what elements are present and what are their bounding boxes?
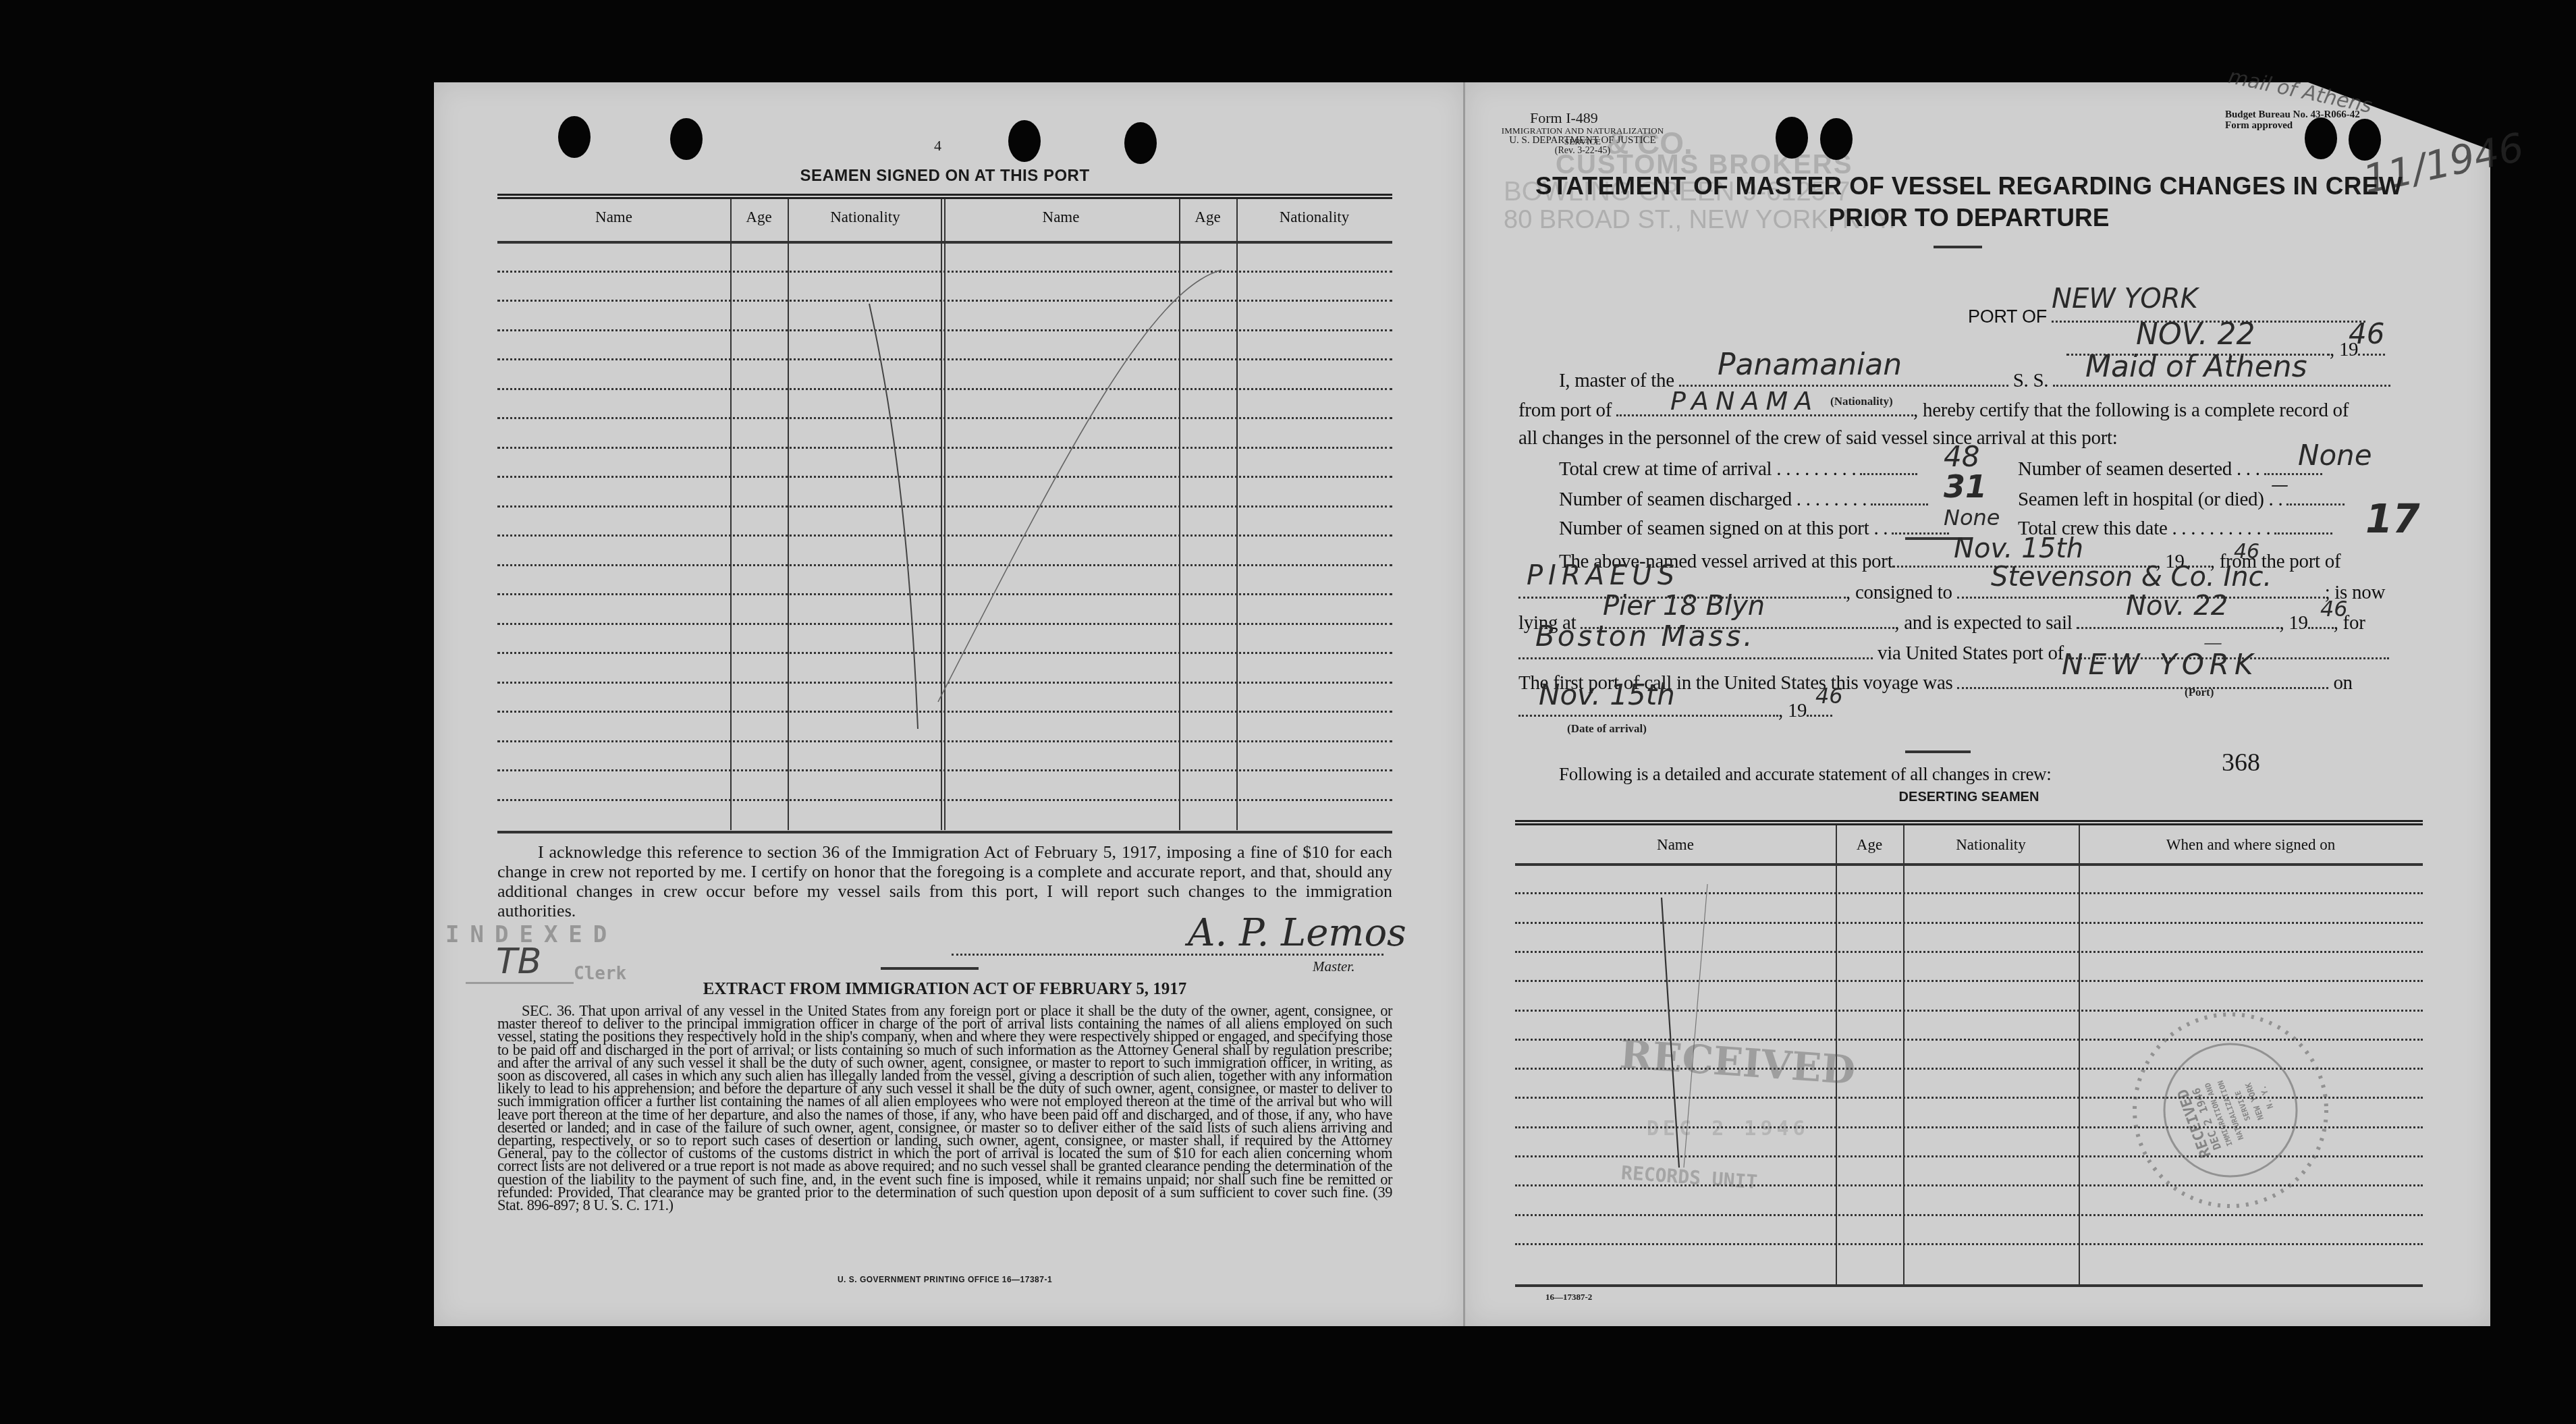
signature-label: Master. bbox=[1313, 958, 1354, 975]
punch-hole bbox=[670, 118, 703, 160]
date-of-arrival-caption: (Date of arrival) bbox=[1567, 722, 1647, 736]
deserted-label: Number of seamen deserted . . . bbox=[2018, 458, 2260, 480]
received-stamp-date: DEC 2 1946 bbox=[1647, 1117, 1809, 1141]
port-of-label: PORT OF bbox=[1968, 306, 2047, 327]
first-arrival-value: Nov. 15th bbox=[1539, 678, 1675, 711]
column-header-nationality: Nationality bbox=[1236, 209, 1392, 226]
section-title: SEAMEN SIGNED ON AT THIS PORT bbox=[497, 167, 1392, 186]
extract-title: EXTRACT FROM IMMIGRATION ACT OF FEBRUARY… bbox=[497, 980, 1392, 999]
table-row bbox=[1515, 922, 2423, 924]
page-fold bbox=[1463, 82, 1465, 1326]
pencil-strike-mark bbox=[857, 263, 1235, 749]
from-port-label: from port of bbox=[1518, 400, 1612, 421]
punch-hole bbox=[558, 116, 591, 158]
on-label: on bbox=[2333, 672, 2352, 694]
discharged-value: 31 bbox=[1944, 468, 1987, 505]
punch-hole bbox=[1820, 118, 1853, 160]
arrived-year-value: 46 bbox=[2234, 540, 2259, 564]
form-subtitle: PRIOR TO DEPARTURE bbox=[1515, 204, 2423, 232]
arrival-origin-value: PIRAEUS bbox=[1527, 560, 1680, 591]
total-arrival-label: Total crew at time of arrival . . . . . … bbox=[1559, 458, 1856, 480]
record-number: 368 bbox=[2222, 748, 2260, 777]
ss-label: S. S. bbox=[2013, 370, 2049, 391]
year-prefix: , 19 bbox=[1778, 700, 1807, 721]
from-port-field: from port of , hereby certify that the f… bbox=[1518, 398, 2349, 422]
column-header-name: Name bbox=[1515, 836, 1836, 854]
deserting-title: DESERTING SEAMEN bbox=[1515, 790, 2423, 805]
deserted-value: None bbox=[2298, 439, 2372, 472]
column-header-nationality: Nationality bbox=[788, 209, 943, 226]
indexed-initials: TB bbox=[496, 941, 541, 982]
form-approved: Form approved bbox=[2225, 120, 2293, 132]
discharged-label: Number of seamen discharged . . . . . . … bbox=[1559, 489, 1867, 510]
punch-hole bbox=[1124, 122, 1157, 164]
punch-hole bbox=[1008, 120, 1041, 162]
master-label: I, master of the bbox=[1559, 370, 1674, 391]
column-header-name: Name bbox=[943, 209, 1179, 226]
column-header-nationality: Nationality bbox=[1903, 836, 2079, 854]
punch-hole bbox=[2305, 117, 2337, 159]
from-port-value: PANAMA bbox=[1670, 386, 1819, 416]
hospital-label: Seamen left in hospital (or died) . . bbox=[2018, 489, 2282, 510]
divider bbox=[881, 967, 979, 970]
year-prefix: , 19 bbox=[2279, 612, 2307, 634]
divider bbox=[1934, 246, 1982, 248]
consigned-label: , consigned to bbox=[1846, 582, 1952, 603]
first-port-value: NEW YORK bbox=[2062, 648, 2259, 681]
hospital-value: — bbox=[2271, 475, 2289, 495]
signed-on-field: Number of seamen signed on at this port … bbox=[1559, 516, 1949, 540]
form-number: Form I-489 bbox=[1530, 109, 1598, 127]
ship-name-value: Maid of Athens bbox=[2085, 350, 2307, 384]
column-header-age: Age bbox=[1179, 209, 1236, 226]
nationality-value: Panamanian bbox=[1718, 348, 1902, 382]
consignee-value: Stevenson & Co. Inc. bbox=[1991, 562, 2272, 593]
first-port-caption: (Port) bbox=[2185, 686, 2214, 699]
department-name: U. S. DEPARTMENT OF JUSTICE bbox=[1495, 135, 1670, 146]
date-value: NOV. 22 bbox=[2136, 317, 2255, 352]
discharged-field: Number of seamen discharged . . . . . . … bbox=[1559, 487, 1928, 511]
destination-value: Boston Mass. bbox=[1535, 620, 1755, 653]
column-header-name: Name bbox=[497, 209, 730, 226]
hospital-input[interactable] bbox=[2286, 487, 2345, 505]
column-header-when-where-signed: When and where signed on bbox=[2079, 836, 2423, 854]
extract-body: SEC. 36. That upon arrival of any vessel… bbox=[497, 1004, 1392, 1211]
footer-code: 16—17387-2 bbox=[1545, 1292, 1592, 1303]
table-row bbox=[1515, 1214, 2423, 1216]
discharged-input[interactable] bbox=[1871, 487, 1928, 505]
column-header-age: Age bbox=[1836, 836, 1903, 854]
table-row bbox=[1515, 951, 2423, 953]
sail-year-value: 46 bbox=[2320, 596, 2348, 622]
form-title: STATEMENT OF MASTER OF VESSEL REGARDING … bbox=[1515, 172, 2423, 200]
signed-on-value: None bbox=[1944, 505, 2000, 530]
signed-on-input[interactable] bbox=[1892, 516, 1949, 535]
expected-sail-label: , and is expected to sail bbox=[1894, 612, 2072, 634]
total-today-input[interactable] bbox=[2274, 516, 2332, 535]
via-label: via United States port of bbox=[1878, 642, 2064, 664]
total-arrival-input[interactable] bbox=[1860, 457, 1917, 475]
ins-received-round-stamp: RECEIVED DEC 2 1946 IMMIGRATION AND NATU… bbox=[2129, 1009, 2332, 1211]
table-row bbox=[1515, 1243, 2423, 1245]
first-arrival-year-value: 46 bbox=[1815, 683, 1843, 709]
acknowledgment-text: I acknowledge this reference to section … bbox=[497, 842, 1392, 921]
total-crew-arrival-field: Total crew at time of arrival . . . . . … bbox=[1559, 457, 1917, 481]
divider bbox=[1905, 750, 1971, 753]
form-revision: (Rev. 3-22-45) bbox=[1495, 146, 1670, 157]
port-of-value: NEW YORK bbox=[2052, 283, 2198, 314]
column-header-age: Age bbox=[730, 209, 788, 226]
punch-hole bbox=[1776, 117, 1808, 159]
lying-at-value: Pier 18 Blyn bbox=[1603, 591, 1765, 622]
hospital-field: Seamen left in hospital (or died) . . bbox=[2018, 487, 2345, 511]
certify-text: , hereby certify that the following is a… bbox=[1913, 400, 2349, 421]
page-number: 4 bbox=[934, 137, 941, 155]
date-year-value: 46 bbox=[2349, 317, 2384, 350]
signed-on-label: Number of seamen signed on at this port … bbox=[1559, 518, 1888, 539]
printer-line: U. S. GOVERNMENT PRINTING OFFICE 16—1738… bbox=[497, 1275, 1392, 1284]
total-today-value: 17 bbox=[2365, 496, 2420, 542]
sail-date-value: Nov. 22 bbox=[2126, 591, 2228, 622]
changes-text: all changes in the personnel of the crew… bbox=[1518, 427, 2118, 449]
table-row bbox=[1515, 892, 2423, 894]
following-text: Following is a detailed and accurate sta… bbox=[1559, 764, 2051, 785]
master-signature: A. P. Lemos bbox=[1188, 911, 1406, 955]
arrived-date-value: Nov. 15th bbox=[1954, 533, 2083, 564]
